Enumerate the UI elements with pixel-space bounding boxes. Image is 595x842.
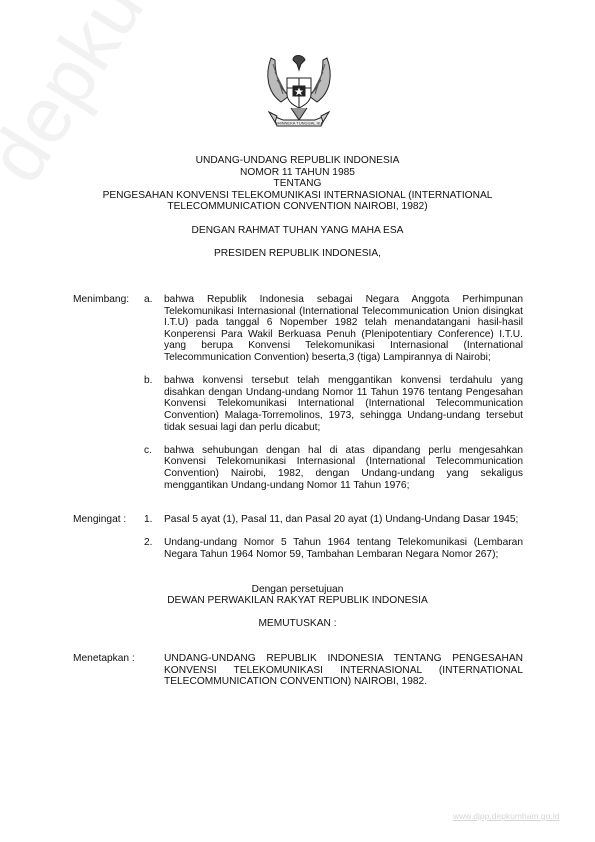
menimbang-marker-c: c. xyxy=(144,445,152,457)
menetapkan-text: UNDANG-UNDANG REPUBLIK INDONESIA TENTANG… xyxy=(164,653,523,688)
menetapkan-label: Menetapkan : xyxy=(73,653,135,665)
law-subject-line2: TELECOMMUNICATION CONVENTION NAIROBI, 19… xyxy=(0,201,595,213)
document-page: BHINNEKA TUNGGAL IKA UNDANG-UNDANG REPUB… xyxy=(0,0,595,842)
menimbang-item-a: bahwa Republik Indonesia sebagai Negara … xyxy=(164,294,523,364)
menimbang-label: Menimbang: xyxy=(73,294,129,306)
approval-line2: DEWAN PERWAKILAN RAKYAT REPUBLIK INDONES… xyxy=(0,595,595,607)
mengingat-item-1: Pasal 5 ayat (1), Pasal 11, dan Pasal 20… xyxy=(164,514,523,526)
svg-text:BHINNEKA TUNGGAL IKA: BHINNEKA TUNGGAL IKA xyxy=(275,121,323,126)
tentang-heading: TENTANG xyxy=(0,178,595,190)
invocation: DENGAN RAHMAT TUHAN YANG MAHA ESA xyxy=(0,225,595,237)
mengingat-label: Mengingat : xyxy=(73,514,126,526)
law-subject-line1: PENGESAHAN KONVENSI TELEKOMUNIKASI INTER… xyxy=(0,190,595,202)
president-heading: PRESIDEN REPUBLIK INDONESIA, xyxy=(0,248,595,260)
memutuskan-heading: MEMUTUSKAN : xyxy=(0,618,595,630)
approval-line1: Dengan persetujuan xyxy=(0,584,595,596)
mengingat-marker-1: 1. xyxy=(144,514,153,526)
menimbang-item-c: bahwa sehubungan dengan hal di atas dipa… xyxy=(164,445,523,491)
law-title: UNDANG-UNDANG REPUBLIK INDONESIA xyxy=(0,155,595,167)
mengingat-item-2: Undang-undang Nomor 5 Tahun 1964 tentang… xyxy=(164,537,523,560)
mengingat-marker-2: 2. xyxy=(144,537,153,549)
law-number: NOMOR 11 TAHUN 1985 xyxy=(0,167,595,179)
menimbang-marker-b: b. xyxy=(144,375,153,387)
footer-url-link[interactable]: www.djpp.depkumham.go.id xyxy=(453,811,559,821)
menimbang-marker-a: a. xyxy=(144,294,153,306)
menimbang-item-b: bahwa konvensi tersebut telah menggantik… xyxy=(164,375,523,433)
garuda-emblem-icon: BHINNEKA TUNGGAL IKA xyxy=(263,50,335,134)
